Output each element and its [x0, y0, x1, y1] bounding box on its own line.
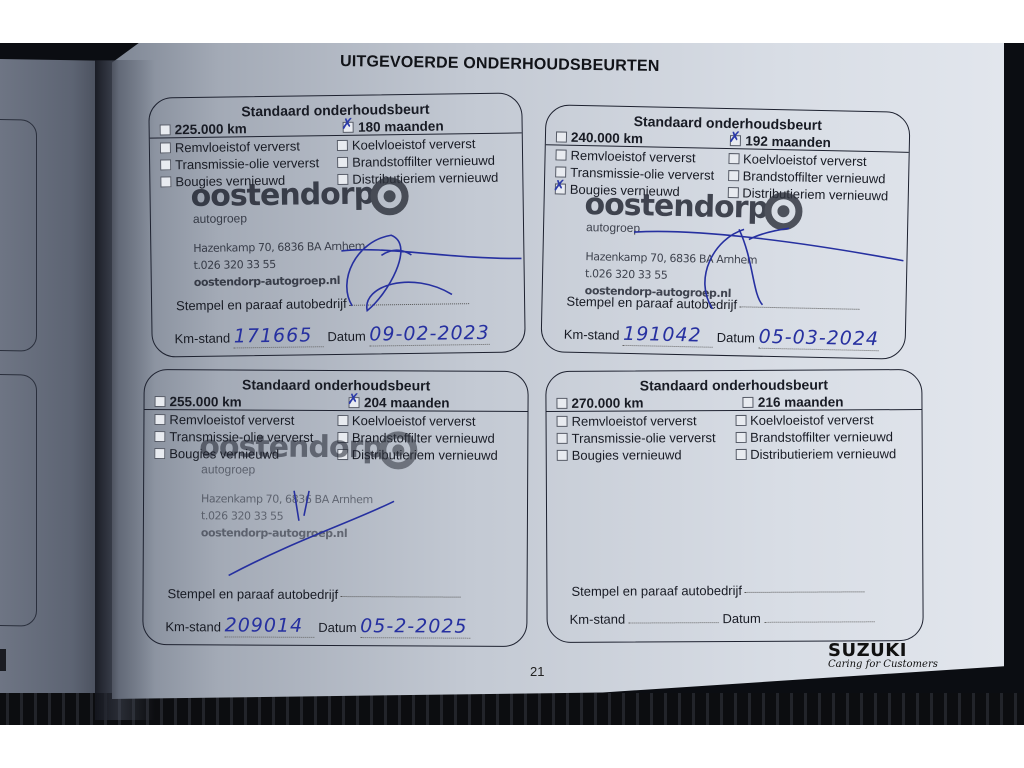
datum-value[interactable]: 05-2-2025: [360, 615, 470, 639]
task-checkbox[interactable]: [735, 449, 746, 460]
km-stand-value[interactable]: [629, 622, 719, 623]
km-interval: 270.000 km: [556, 395, 643, 410]
task-item: Transmissie-olie ververst: [555, 164, 728, 183]
km-stand-value[interactable]: 191042: [623, 323, 713, 348]
task-label: Koelvloeistof ververst: [352, 136, 476, 153]
task-checkbox[interactable]: [160, 159, 171, 170]
km-stand-label: Km-stand: [564, 327, 620, 343]
stamp-signature-line: Stempel en paraaf autobedrijf: [571, 582, 864, 599]
signature-field[interactable]: [349, 303, 469, 306]
task-label: Koelvloeistof ververst: [352, 413, 476, 429]
task-label: Distributieriem vernieuwd: [750, 446, 896, 462]
dealer-phone: t.026 320 33 55: [201, 507, 459, 525]
task-checkbox[interactable]: [555, 149, 566, 160]
task-item: Remvloeistof ververst: [555, 147, 728, 166]
km-checkbox[interactable]: [556, 398, 567, 409]
dealer-website: oostendorp-autogroep.nl: [194, 270, 452, 291]
task-item: Koelvloeistof ververst: [735, 412, 914, 428]
task-item: Remvloeistof ververst: [557, 413, 736, 429]
task-item: Remvloeistof ververst: [160, 138, 337, 155]
suzuki-logo: SUZUKI Caring for Customers: [828, 640, 938, 670]
months-interval: 204 maanden: [349, 395, 450, 411]
km-stand-value[interactable]: 171665: [234, 324, 324, 348]
months-interval: 180 maanden: [343, 119, 444, 135]
km-interval: 240.000 km: [556, 129, 643, 146]
task-label: Transmissie-olie ververst: [572, 430, 716, 446]
task-item: Bougies vernieuwd: [557, 447, 736, 463]
stamp-signature-line: Stempel en paraaf autobedrijf: [168, 586, 461, 603]
dealer-address-block: Hazenkamp 70, 6836 BA Arnhem t.026 320 3…: [201, 490, 459, 542]
signature-field[interactable]: [744, 591, 864, 593]
task-checkbox[interactable]: [337, 415, 348, 426]
dealer-stamp: oostendorp autogroep Hazenkamp 70, 6836 …: [199, 432, 460, 573]
task-checkbox[interactable]: [557, 416, 568, 427]
task-label: Remvloeistof ververst: [169, 412, 294, 428]
months-checkbox[interactable]: [730, 135, 741, 146]
datum-value[interactable]: 05-03-2024: [758, 326, 879, 352]
months-checkbox[interactable]: [743, 397, 754, 408]
interval-row: 270.000 km 216 maanden: [546, 392, 921, 412]
task-checkbox[interactable]: [557, 433, 568, 444]
dealer-logo-icon: [379, 431, 417, 469]
km-stand-value[interactable]: 209014: [225, 614, 315, 637]
task-label: Bougies vernieuwd: [572, 447, 682, 463]
km-date-line: Km-stand 209014 Datum 05-2-2025: [165, 614, 470, 639]
km-interval: 225.000 km: [160, 121, 247, 137]
task-label: Remvloeistof ververst: [570, 148, 695, 166]
task-checkbox[interactable]: [154, 414, 165, 425]
task-label: Brandstoffilter vernieuwd: [750, 429, 893, 445]
task-checkbox[interactable]: [728, 153, 739, 164]
interval-row: 255.000 km 204 maanden: [145, 392, 528, 412]
dealer-address: Hazenkamp 70, 6836 BA Arnhem: [201, 490, 459, 508]
task-checkbox[interactable]: [735, 415, 746, 426]
signature-field[interactable]: [739, 306, 859, 310]
km-checkbox[interactable]: [160, 124, 171, 135]
task-label: Remvloeistof ververst: [175, 139, 300, 156]
dealer-address-block: Hazenkamp 70, 6836 BA Arnhem t.026 320 3…: [193, 236, 452, 291]
km-interval: 255.000 km: [155, 394, 242, 409]
stamp-signature-label: Stempel en paraaf autobedrijf: [168, 586, 339, 602]
task-checkbox[interactable]: [160, 142, 171, 153]
task-checkbox[interactable]: [555, 183, 566, 194]
service-record-240000km: Standaard onderhoudsbeurt 240.000 km 192…: [540, 104, 910, 360]
task-checkbox[interactable]: [728, 170, 739, 181]
signature-field[interactable]: [340, 596, 460, 598]
dealer-website: oostendorp-autogroep.nl: [201, 524, 459, 542]
page-number: 21: [530, 664, 544, 679]
task-label: Transmissie-olie ververst: [175, 155, 319, 172]
service-record-225000km: Standaard onderhoudsbeurt 225.000 km 180…: [148, 92, 526, 357]
task-item: Koelvloeistof ververst: [728, 151, 901, 170]
task-checkbox[interactable]: [735, 432, 746, 443]
dealer-name: oostendorp: [199, 432, 459, 463]
task-item: Brandstoffilter vernieuwd: [337, 153, 514, 170]
task-checkbox[interactable]: [154, 431, 165, 442]
task-label: Remvloeistof ververst: [572, 413, 697, 429]
task-item: Brandstoffilter vernieuwd: [735, 429, 914, 445]
task-item: Koelvloeistof ververst: [337, 136, 514, 153]
datum-value[interactable]: 09-02-2023: [369, 322, 490, 347]
task-item: Distributieriem vernieuwd: [735, 446, 914, 462]
task-item: Transmissie-olie ververst: [557, 430, 736, 446]
task-item: Transmissie-olie ververst: [160, 155, 337, 172]
datum-label: Datum: [327, 329, 366, 345]
task-item: Koelvloeistof ververst: [337, 413, 520, 429]
months-interval: 216 maanden: [743, 394, 844, 410]
months-checkbox[interactable]: [349, 397, 360, 408]
dealer-name: oostendorp: [190, 178, 450, 212]
datum-value[interactable]: [764, 621, 874, 623]
task-list: Remvloeistof ververstKoelvloeistof verve…: [547, 410, 922, 463]
km-stand-label: Km-stand: [165, 619, 221, 634]
task-label: Transmissie-olie ververst: [570, 165, 714, 183]
previous-page-service-box: [0, 118, 37, 351]
task-item: Brandstoffilter vernieuwd: [728, 168, 901, 187]
service-record-270000km: Standaard onderhoudsbeurt 270.000 km 216…: [545, 369, 923, 643]
service-heading: Standaard onderhoudsbeurt: [145, 376, 528, 394]
previous-page-logo-fragment: [0, 649, 6, 671]
km-checkbox[interactable]: [155, 396, 166, 407]
task-item: Remvloeistof ververst: [154, 412, 337, 428]
stamp-signature-label: Stempel en paraaf autobedrijf: [176, 296, 347, 313]
months-interval: 192 maanden: [730, 133, 831, 150]
task-label: Koelvloeistof ververst: [743, 151, 867, 169]
km-stand-label: Km-stand: [174, 331, 230, 347]
km-stand-label: Km-stand: [570, 612, 626, 627]
task-label: Koelvloeistof ververst: [750, 412, 874, 428]
task-checkbox[interactable]: [154, 448, 165, 459]
task-label: Brandstoffilter vernieuwd: [743, 168, 886, 186]
task-checkbox[interactable]: [557, 450, 568, 461]
datum-label: Datum: [318, 620, 356, 635]
months-checkbox[interactable]: [343, 122, 354, 133]
brand-logo-text: SUZUKI: [828, 640, 938, 661]
task-label: Brandstoffilter vernieuwd: [352, 153, 495, 170]
service-heading: Standaard onderhoudsbeurt: [546, 376, 921, 394]
previous-page-service-box: [0, 373, 37, 626]
task-checkbox[interactable]: [337, 140, 348, 151]
datum-label: Datum: [717, 330, 756, 346]
datum-label: Datum: [722, 611, 760, 626]
task-checkbox[interactable]: [337, 157, 348, 168]
km-checkbox[interactable]: [556, 131, 567, 142]
brand-tagline: Caring for Customers: [828, 659, 938, 670]
service-record-255000km: Standaard onderhoudsbeurt 255.000 km 204…: [142, 369, 528, 647]
km-date-line: Km-stand 171665 Datum 09-02-2023: [174, 322, 490, 349]
stamp-signature-label: Stempel en paraaf autobedrijf: [571, 583, 742, 599]
km-date-line: Km-stand Datum: [570, 610, 875, 627]
task-checkbox[interactable]: [160, 176, 171, 187]
